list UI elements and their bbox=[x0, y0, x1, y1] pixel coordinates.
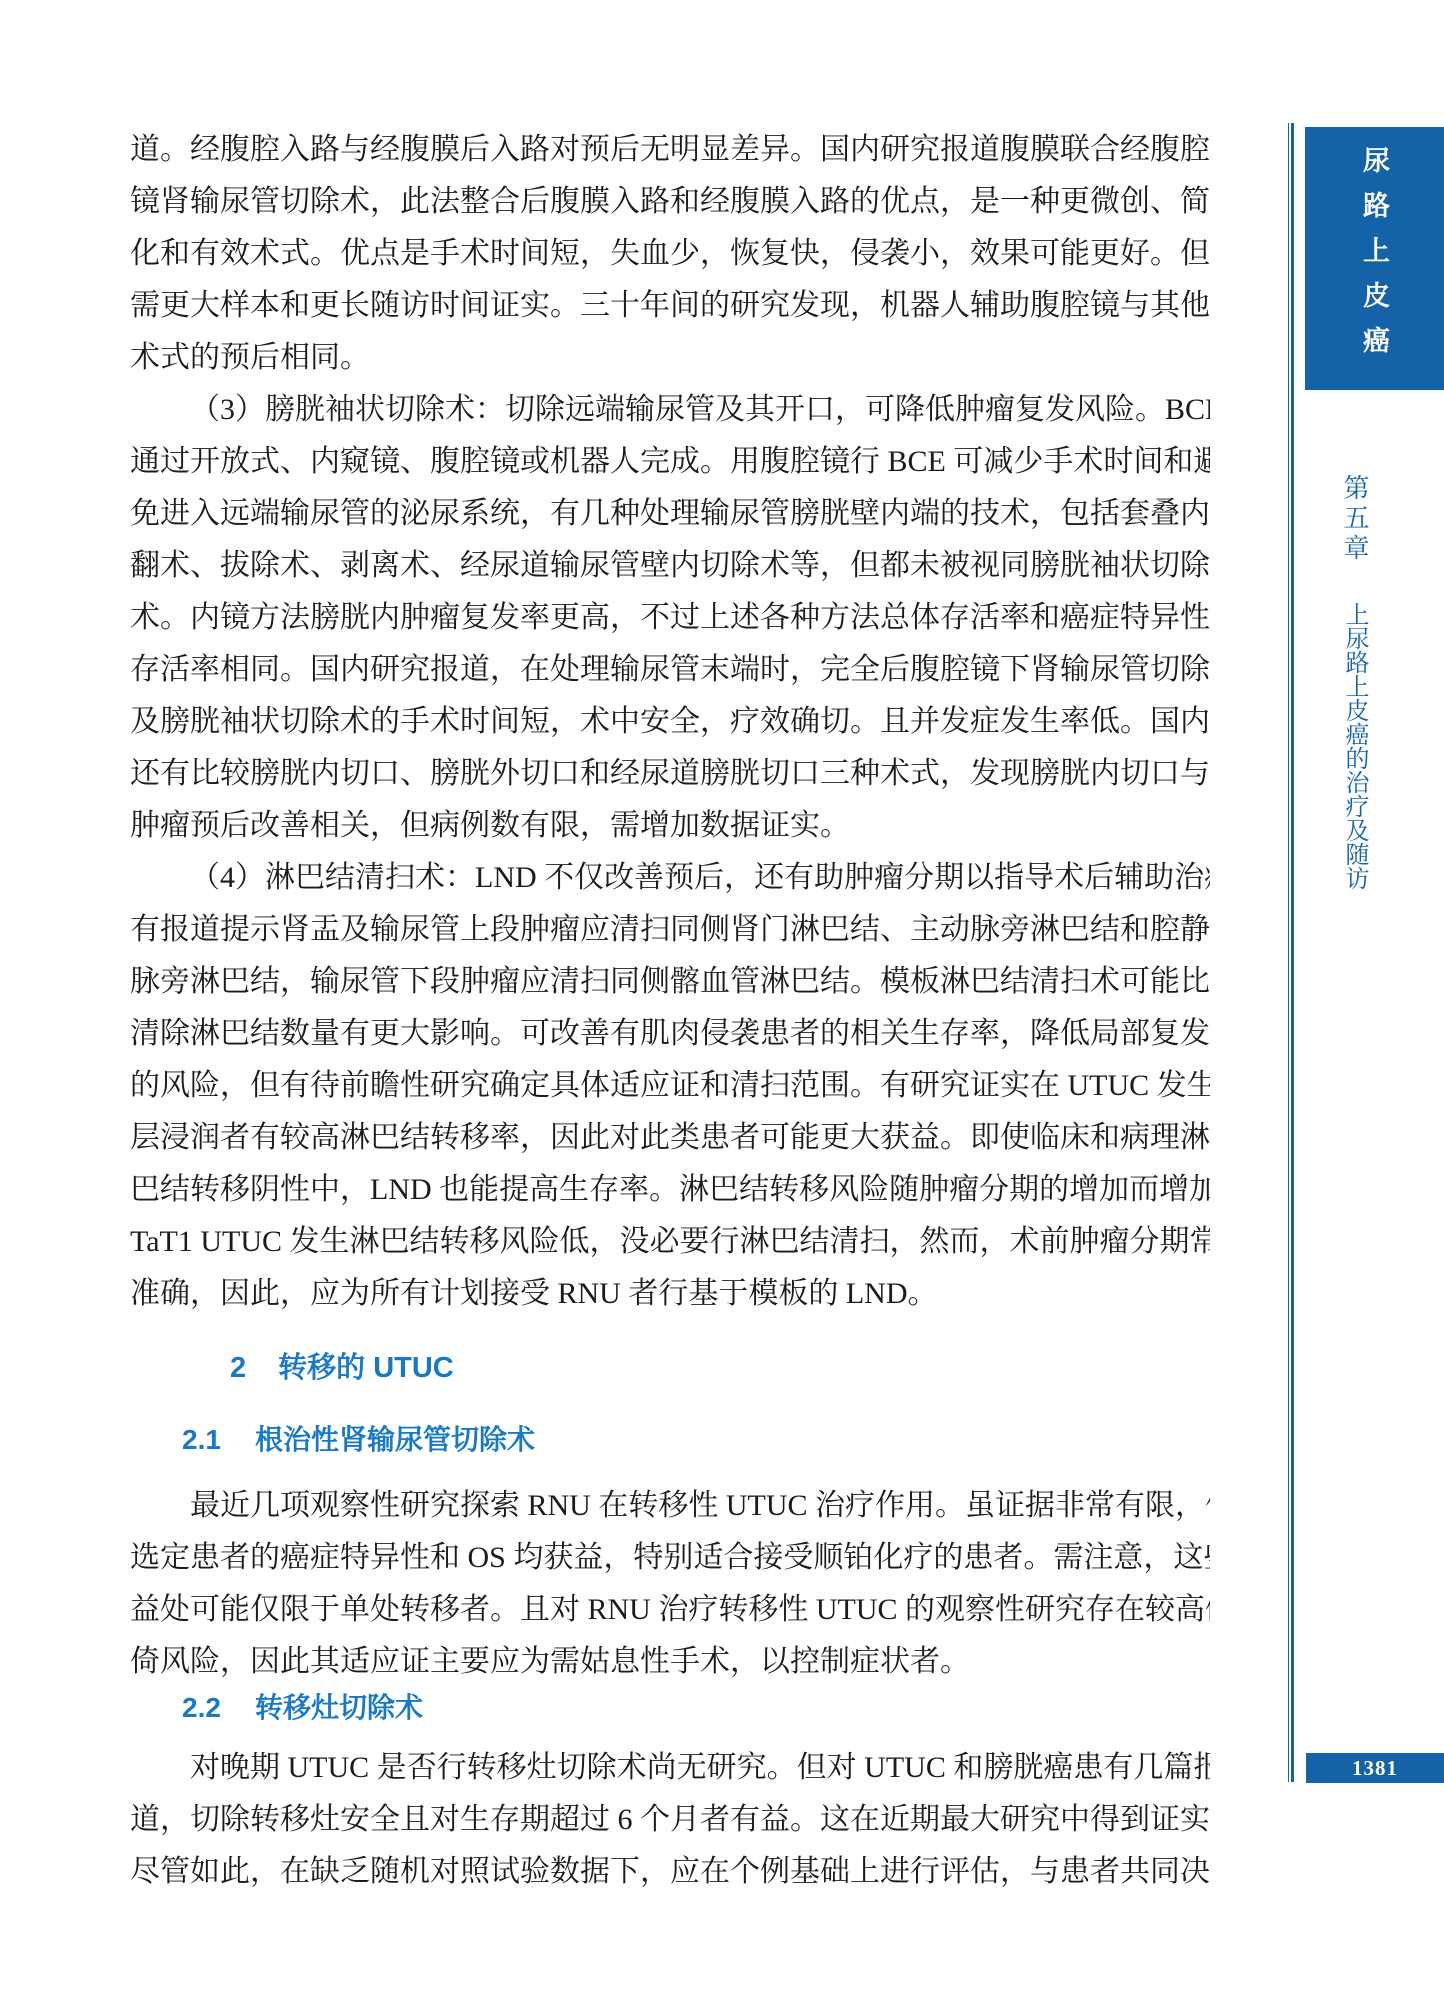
paragraph: 道。经腹腔入路与经腹膜后入路对预后无明显差异。国内研究报道腹膜联合经腹腔镜肾输尿… bbox=[130, 124, 1210, 384]
text-line: 需更大样本和更长随访时间证实。三十年间的研究发现，机器人辅助腹腔镜与其他 bbox=[130, 280, 1210, 332]
text-line: （3）膀胱袖状切除术：切除远端输尿管及其开口，可降低肿瘤复发风险。BCE 可 bbox=[130, 384, 1210, 436]
text-line: 层浸润者有较高淋巴结转移率，因此对此类患者可能更大获益。即使临床和病理淋 bbox=[130, 1112, 1210, 1164]
text-line: 对晚期 UTUC 是否行转移灶切除术尚无研究。但对 UTUC 和膀胱癌患有几篇报 bbox=[130, 1742, 1210, 1794]
text-line: 脉旁淋巴结，输尿管下段肿瘤应清扫同侧髂血管淋巴结。模板淋巴结清扫术可能比 bbox=[130, 956, 1210, 1008]
text-line: 存活率相同。国内研究报道，在处理输尿管末端时，完全后腹腔镜下肾输尿管切除 bbox=[130, 644, 1210, 696]
subsection-heading: 2.1根治性肾输尿管切除术 bbox=[182, 1422, 1210, 1458]
heading-number: 2 bbox=[230, 1352, 246, 1384]
paragraph: （3）膀胱袖状切除术：切除远端输尿管及其开口，可降低肿瘤复发风险。BCE 可通过… bbox=[130, 384, 1210, 852]
text-line: TaT1 UTUC 发生淋巴结转移风险低，没必要行淋巴结清扫，然而，术前肿瘤分期… bbox=[130, 1216, 1210, 1268]
text-line: 巴结转移阴性中，LND 也能提高生存率。淋巴结转移风险随肿瘤分期的增加而增加。 bbox=[130, 1164, 1210, 1216]
text-line: 有报道提示肾盂及输尿管上段肿瘤应清扫同侧肾门淋巴结、主动脉旁淋巴结和腔静 bbox=[130, 904, 1210, 956]
text-line: 的风险，但有待前瞻性研究确定具体适应证和清扫范围。有研究证实在 UTUC 发生肌 bbox=[130, 1060, 1210, 1112]
content-column: 道。经腹腔入路与经腹膜后入路对预后无明显差异。国内研究报道腹膜联合经腹腔镜肾输尿… bbox=[130, 124, 1210, 1898]
text-line: 免进入远端输尿管的泌尿系统，有几种处理输尿管膀胱壁内端的技术，包括套叠内 bbox=[130, 488, 1210, 540]
section-heading: 2转移的 UTUC bbox=[230, 1350, 1210, 1386]
heading-number: 2.2 bbox=[182, 1692, 221, 1723]
text-line: 翻术、拔除术、剥离术、经尿道输尿管壁内切除术等，但都未被视同膀胱袖状切除 bbox=[130, 540, 1210, 592]
heading-number: 2.1 bbox=[182, 1424, 221, 1455]
text-line: 镜肾输尿管切除术，此法整合后腹膜入路和经腹膜入路的优点，是一种更微创、简 bbox=[130, 176, 1210, 228]
text-line: 选定患者的癌症特异性和 OS 均获益，特别适合接受顺铂化疗的患者。需注意，这些 bbox=[130, 1532, 1210, 1584]
paragraph: 最近几项观察性研究探索 RNU 在转移性 UTUC 治疗作用。虽证据非常有限，但… bbox=[130, 1480, 1210, 1688]
chapter-number-label: 第五章 bbox=[1340, 474, 1369, 564]
paragraph: 对晚期 UTUC 是否行转移灶切除术尚无研究。但对 UTUC 和膀胱癌患有几篇报… bbox=[130, 1742, 1210, 1898]
chapter-tab: 尿路上皮癌 bbox=[1305, 127, 1444, 390]
text-line: 通过开放式、内窥镜、腹腔镜或机器人完成。用腹腔镜行 BCE 可减少手术时间和避 bbox=[130, 436, 1210, 488]
text-line: 还有比较膀胱内切口、膀胱外切口和经尿道膀胱切口三种术式，发现膀胱内切口与 bbox=[130, 748, 1210, 800]
text-line: 益处可能仅限于单处转移者。且对 RNU 治疗转移性 UTUC 的观察性研究存在较… bbox=[130, 1584, 1210, 1636]
text-line: 最近几项观察性研究探索 RNU 在转移性 UTUC 治疗作用。虽证据非常有限，但 bbox=[130, 1480, 1210, 1532]
text-line: 尽管如此，在缺乏随机对照试验数据下，应在个例基础上进行评估，与患者共同决 bbox=[130, 1846, 1210, 1898]
chapter-title-label: 上尿路上皮癌的治疗及随访 bbox=[1341, 568, 1367, 890]
paragraph: （4）淋巴结清扫术：LND 不仅改善预后，还有助肿瘤分期以指导术后辅助治疗。有报… bbox=[130, 852, 1210, 1320]
chapter-tab-label: 尿路上皮癌 bbox=[1355, 146, 1394, 371]
text-line: 清除淋巴结数量有更大影响。可改善有肌肉侵袭患者的相关生存率，降低局部复发 bbox=[130, 1008, 1210, 1060]
text-line: 道，切除转移灶安全且对生存期超过 6 个月者有益。这在近期最大研究中得到证实。 bbox=[130, 1794, 1210, 1846]
heading-title: 转移灶切除术 bbox=[255, 1692, 423, 1723]
text-line: 肿瘤预后改善相关，但病例数有限，需增加数据证实。 bbox=[130, 800, 1210, 852]
page-number: 1381 bbox=[1352, 1756, 1398, 1781]
text-line: 道。经腹腔入路与经腹膜后入路对预后无明显差异。国内研究报道腹膜联合经腹腔 bbox=[130, 124, 1210, 176]
heading-title: 根治性肾输尿管切除术 bbox=[255, 1424, 535, 1455]
text-line: 及膀胱袖状切除术的手术时间短，术中安全，疗效确切。且并发症发生率低。国内 bbox=[130, 696, 1210, 748]
chapter-heading: 第五章 上尿路上皮癌的治疗及随访 bbox=[1336, 474, 1373, 1274]
sidebar-rule-thin bbox=[1288, 123, 1289, 1782]
text-line: 化和有效术式。优点是手术时间短，失血少，恢复快，侵袭小，效果可能更好。但 bbox=[130, 228, 1210, 280]
document-page: { "page": { "number": "1381", "sidebar":… bbox=[0, 0, 1444, 2010]
text-line: 倚风险，因此其适应证主要应为需姑息性手术，以控制症状者。 bbox=[130, 1636, 1210, 1688]
text-line: 术。内镜方法膀胱内肿瘤复发率更高，不过上述各种方法总体存活率和癌症特异性 bbox=[130, 592, 1210, 644]
text-line: 术式的预后相同。 bbox=[130, 332, 1210, 384]
heading-title: 转移的 UTUC bbox=[278, 1352, 454, 1384]
text-line: 准确，因此，应为所有计划接受 RNU 者行基于模板的 LND。 bbox=[130, 1268, 1210, 1320]
subsection-heading: 2.2转移灶切除术 bbox=[182, 1690, 1210, 1726]
sidebar-rule-thick bbox=[1291, 123, 1294, 1782]
page-number-box: 1381 bbox=[1306, 1753, 1444, 1783]
text-line: （4）淋巴结清扫术：LND 不仅改善预后，还有助肿瘤分期以指导术后辅助治疗。 bbox=[130, 852, 1210, 904]
